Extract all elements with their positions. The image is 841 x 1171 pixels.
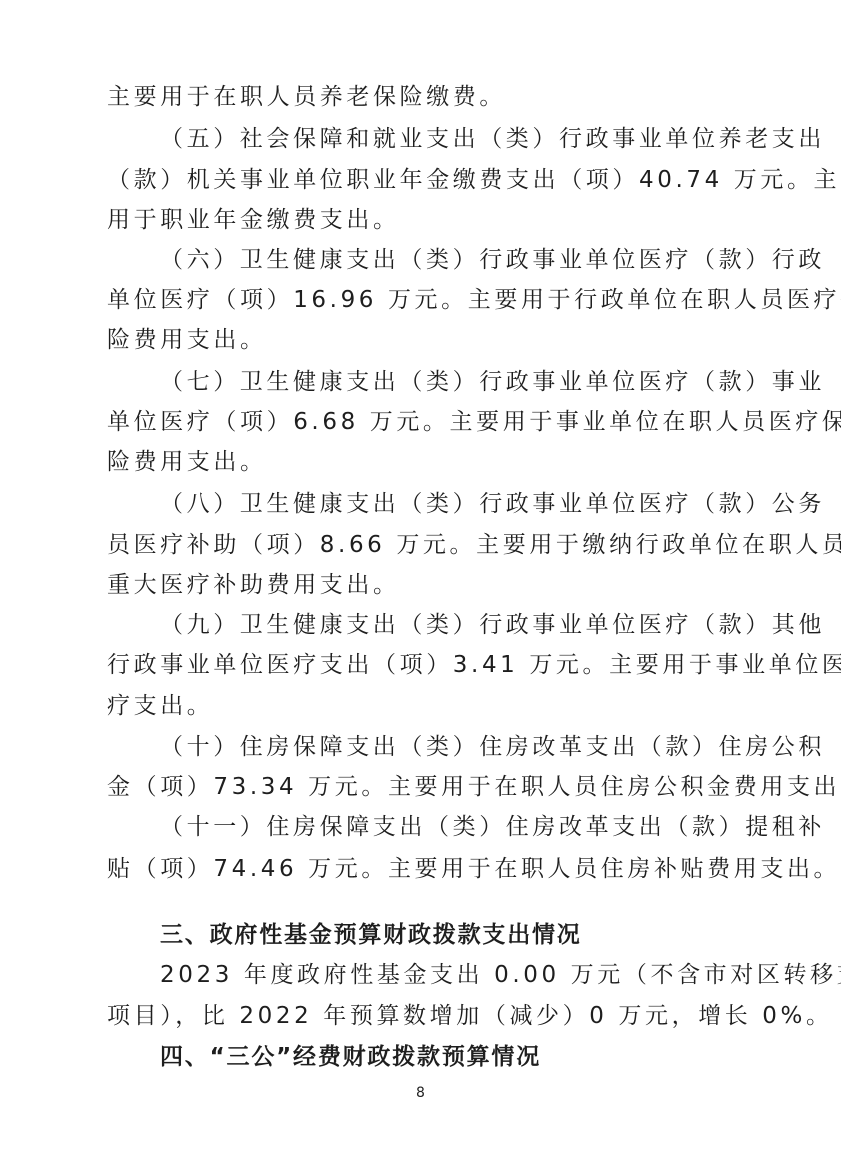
document-page: 主要用于在职人员养老保险缴费。 （五）社会保障和就业支出（类）行政事业单位养老支… xyxy=(0,0,841,1171)
paragraph-line: （款）机关事业单位职业年金缴费支出（项）40.74 万元。主要 xyxy=(107,165,739,195)
paragraph-line: 金（项）73.34 万元。主要用于在职人员住房公积金费用支出。 xyxy=(107,772,739,802)
paragraph-line: （十）住房保障支出（类）住房改革支出（款）住房公积 xyxy=(160,732,739,762)
paragraph-line: 险费用支出。 xyxy=(107,447,739,477)
paragraph-line: 贴（项）74.46 万元。主要用于在职人员住房补贴费用支出。 xyxy=(107,854,739,884)
paragraph-line: （五）社会保障和就业支出（类）行政事业单位养老支出 xyxy=(160,124,739,154)
paragraph-line: 员医疗补助（项）8.66 万元。主要用于缴纳行政单位在职人员 xyxy=(107,530,739,560)
paragraph-line: （十一）住房保障支出（类）住房改革支出（款）提租补 xyxy=(160,812,739,842)
paragraph-line: 单位医疗（项）6.68 万元。主要用于事业单位在职人员医疗保 xyxy=(107,407,739,437)
paragraph-line: （六）卫生健康支出（类）行政事业单位医疗（款）行政 xyxy=(160,245,739,275)
paragraph-line: 项目），比 2022 年预算数增加（减少）0 万元，增长 0%。 xyxy=(107,1001,739,1031)
paragraph-line: 险费用支出。 xyxy=(107,325,739,355)
paragraph-line: 疗支出。 xyxy=(107,691,739,721)
section-heading: 三、政府性基金预算财政拨款支出情况 xyxy=(160,920,739,950)
section-heading: 四、“三公”经费财政拨款预算情况 xyxy=(160,1042,739,1072)
paragraph-line: （七）卫生健康支出（类）行政事业单位医疗（款）事业 xyxy=(160,367,739,397)
paragraph-line: 主要用于在职人员养老保险缴费。 xyxy=(107,82,739,112)
paragraph-line: 单位医疗（项）16.96 万元。主要用于行政单位在职人员医疗保 xyxy=(107,285,739,315)
paragraph-line: （八）卫生健康支出（类）行政事业单位医疗（款）公务 xyxy=(160,489,739,519)
paragraph-line: （九）卫生健康支出（类）行政事业单位医疗（款）其他 xyxy=(160,610,739,640)
paragraph-line: 2023 年度政府性基金支出 0.00 万元（不含市对区转移支付 xyxy=(160,960,739,990)
paragraph-line: 重大医疗补助费用支出。 xyxy=(107,570,739,600)
paragraph-line: 用于职业年金缴费支出。 xyxy=(107,205,739,235)
paragraph-line: 行政事业单位医疗支出（项）3.41 万元。主要用于事业单位医 xyxy=(107,650,739,680)
page-number: 8 xyxy=(0,1085,841,1101)
